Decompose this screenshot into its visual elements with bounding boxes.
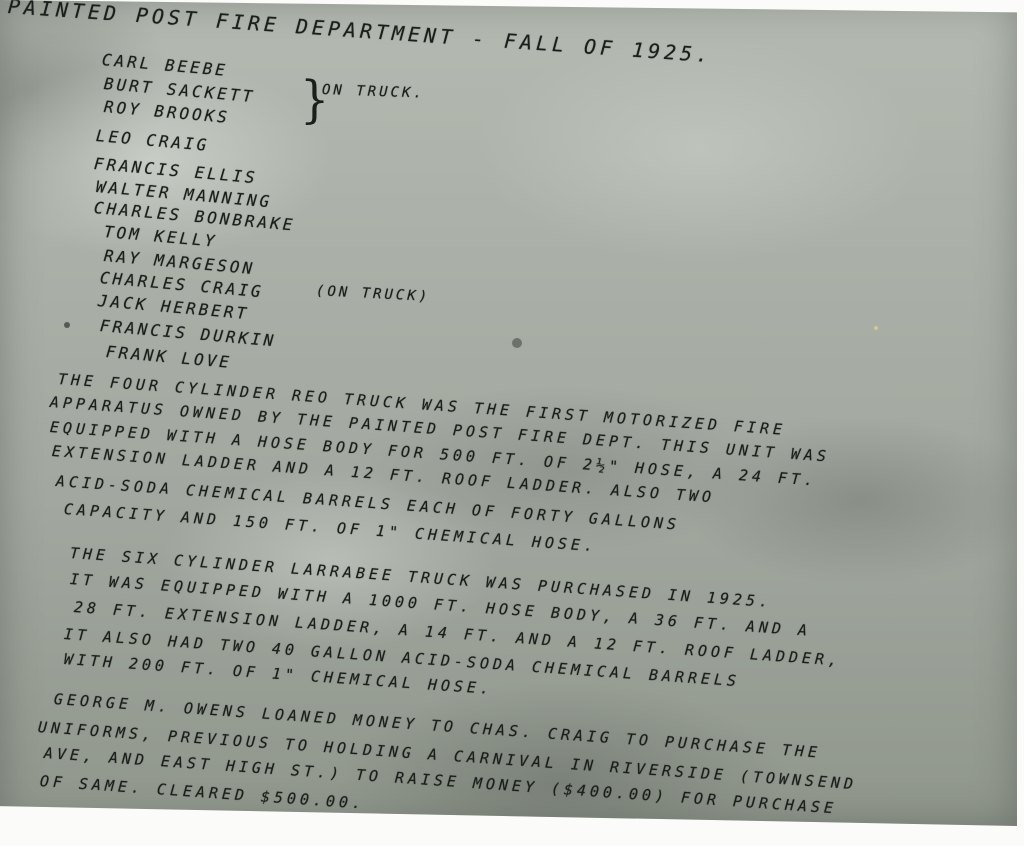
stain-spot [64, 322, 70, 328]
photographed-document: PAINTED POST FIRE DEPARTMENT - FALL OF 1… [0, 0, 1017, 826]
on-truck-annotation: ON TRUCK. [322, 82, 425, 102]
on-truck-annotation-charles-craig: (ON TRUCK) [316, 283, 431, 305]
brace-mark: } [300, 69, 329, 128]
stain-spot [874, 326, 878, 330]
stain-spot [512, 338, 522, 348]
roster-member: FRANK LOVE [105, 342, 233, 372]
roster-member: LEO CRAIG [95, 126, 210, 155]
